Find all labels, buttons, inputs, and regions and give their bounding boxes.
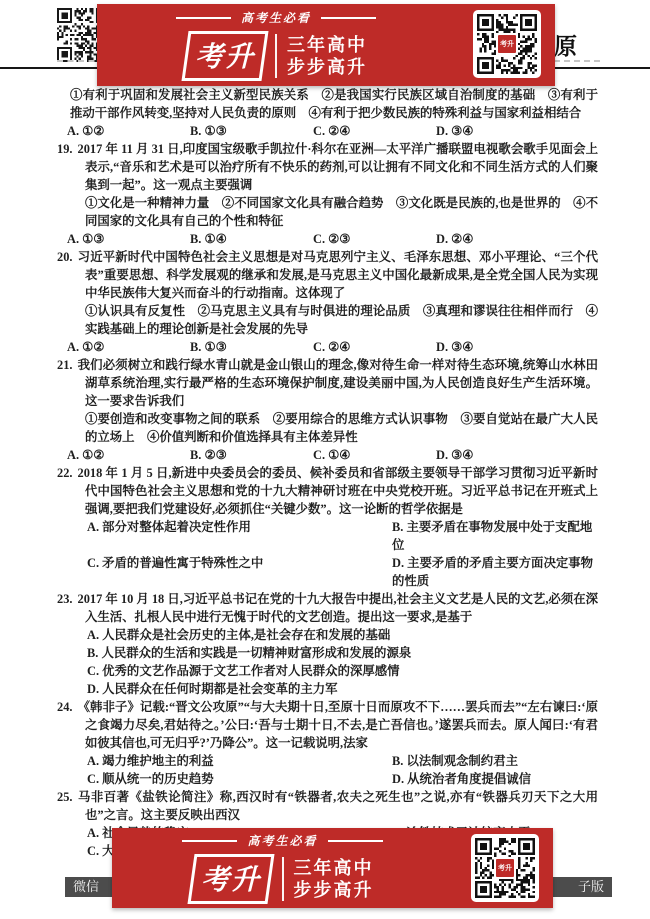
question-18-partial: ①有利于巩固和发展社会主义新型民族关系 ②是我国实行民族区域自治制度的基础 ③有… xyxy=(57,86,598,140)
option-a: A. ①② xyxy=(67,122,190,140)
question-text: 《韩非子》记载:“晋文公攻原”“与大夫期十日,至原十日而原攻不下……罢兵而去”“… xyxy=(78,700,599,750)
question-suboptions: ①文化是一种精神力量 ②不同国家文化具有融合趋势 ③文化既是民族的,也是世界的 … xyxy=(57,194,598,230)
bottom-promo-banner: 高考生必看 考升 三年高中 步步高升 考升 xyxy=(112,828,553,908)
question-options: A. ①② B. ①③ C. ②④ D. ③④ xyxy=(57,122,598,140)
option-d: D. ②④ xyxy=(436,230,473,248)
banner-tagline: 高考生必看 xyxy=(176,9,376,26)
dashed-divider xyxy=(554,60,600,62)
option-b: B. 以法制观念制约君主 xyxy=(392,752,531,770)
option-b: B. ①③ xyxy=(190,338,313,356)
question-stem: 22.2018 年 1 月 5 日,新进中央委员会的委员、候补委员和省部级主要领… xyxy=(57,464,598,518)
question-number: 22. xyxy=(57,466,73,480)
question-20: 20.习近平新时代中国特色社会主义思想是对马克思列宁主义、毛泽东思想、邓小平理论… xyxy=(57,248,598,356)
option-c: C. ①④ xyxy=(313,446,436,464)
option-c: C. 矛盾的普遍性寓于特殊性之中 xyxy=(87,554,392,590)
option-d: D. 主要矛盾的矛盾主要方面决定事物的性质 xyxy=(392,554,598,590)
tagline-text: 高考生必看 xyxy=(241,9,311,26)
option-d: D. ③④ xyxy=(436,446,473,464)
banner-left-cluster: 高考生必看 考升 三年高中 步步高升 xyxy=(97,4,455,86)
option-a: A. ①② xyxy=(67,446,190,464)
option-c: C. ②④ xyxy=(313,122,436,140)
question-options: A. ①② B. ②③ C. ①④ D. ③④ xyxy=(57,446,598,464)
question-text: 我们必须树立和践行绿水青山就是金山银山的理念,像对待生命一样对待生态环境,统筹山… xyxy=(78,358,599,408)
question-number: 23. xyxy=(57,592,73,606)
exam-page-content: ①有利于巩固和发展社会主义新型民族关系 ②是我国实行民族区域自治制度的基础 ③有… xyxy=(57,86,598,860)
qr-center-logo: 考升 xyxy=(496,33,518,55)
option-a: A. ①③ xyxy=(67,230,190,248)
question-text: 马非百著《盐铁论简注》称,西汉时有“铁器者,农夫之死生也”之说,亦有“铁器兵刃天… xyxy=(78,790,599,822)
tagline-rule-left xyxy=(182,840,237,842)
option-a: A. 人民群众是社会历史的主体,是社会存在和发展的基础 xyxy=(87,626,598,644)
question-suboptions: ①要创造和改变事物之间的联系 ②要用综合的思维方式认识事物 ③要自觉站在最广大人… xyxy=(57,410,598,446)
footer-left-text: 微信 xyxy=(73,877,99,897)
page-title-fragment: 原 xyxy=(554,28,614,61)
question-options: A. 竭力维护地主的利益 B. 以法制观念制约君主 C. 顺从统一的历史趋势 D… xyxy=(57,752,598,788)
question-text: 2017 年 10 月 18 日,习近平总书记在党的十九大报告中提出,社会主义文… xyxy=(78,592,599,624)
question-options: A. 部分对整体起着决定性作用 B. 主要矛盾在事物发展中处于支配地位 C. 矛… xyxy=(57,518,598,590)
option-c: C. ②③ xyxy=(313,230,436,248)
top-promo-banner: 高考生必看 考升 三年高中 步步高升 考升 xyxy=(97,4,555,86)
tagline-rule-right xyxy=(328,840,383,842)
question-23: 23.2017 年 10 月 18 日,习近平总书记在党的十九大报告中提出,社会… xyxy=(57,590,598,698)
question-24: 24.《韩非子》记载:“晋文公攻原”“与大夫期十日,至原十日而原攻不下……罢兵而… xyxy=(57,698,598,788)
question-number: 20. xyxy=(57,250,73,264)
question-stem: 23.2017 年 10 月 18 日,习近平总书记在党的十九大报告中提出,社会… xyxy=(57,590,598,626)
banner-qr-code-icon: 考升 xyxy=(471,834,539,902)
question-stem: 24.《韩非子》记载:“晋文公攻原”“与大夫期十日,至原十日而原攻不下……罢兵而… xyxy=(57,698,598,752)
banner-slogan: 三年高中 步步高升 xyxy=(287,34,367,78)
option-b: B. 主要矛盾在事物发展中处于支配地位 xyxy=(392,518,598,554)
question-number: 19. xyxy=(57,142,73,156)
question-stem: 19.2017 年 11 月 31 日,印度国宝级歌手凯拉什·科尔在亚洲—太平洋… xyxy=(57,140,598,194)
banner-tagline: 高考生必看 xyxy=(182,832,382,849)
question-text: 2018 年 1 月 5 日,新进中央委员会的委员、候补委员和省部级主要领导干部… xyxy=(78,466,599,516)
question-21: 21.我们必须树立和践行绿水青山就是金山银山的理念,像对待生命一样对待生态环境,… xyxy=(57,356,598,464)
question-number: 25. xyxy=(57,790,73,804)
question-options: A. 人民群众是社会历史的主体,是社会存在和发展的基础 B. 人民群众的生活和实… xyxy=(57,626,598,698)
option-c: C. 优秀的文艺作品源于文艺工作者对人民群众的深厚感情 xyxy=(87,662,598,680)
question-19: 19.2017 年 11 月 31 日,印度国宝级歌手凯拉什·科尔在亚洲—太平洋… xyxy=(57,140,598,248)
banner-left-cluster: 高考生必看 考升 三年高中 步步高升 xyxy=(112,828,453,908)
banner-qr-code-icon: 考升 xyxy=(473,10,541,78)
footer-right-text: 子版 xyxy=(578,877,604,897)
question-number: 24. xyxy=(57,700,73,714)
option-b: B. ①④ xyxy=(190,230,313,248)
option-a: A. 竭力维护地主的利益 xyxy=(87,752,392,770)
question-22: 22.2018 年 1 月 5 日,新进中央委员会的委员、候补委员和省部级主要领… xyxy=(57,464,598,590)
question-suboptions: ①认识具有反复性 ②马克思主义具有与时俱进的理论品质 ③真理和谬误往往相伴而行 … xyxy=(57,302,598,338)
qr-center-logo: 考升 xyxy=(494,857,516,879)
option-b: B. 人民群众的生活和实践是一切精神财富形成和发展的源泉 xyxy=(87,644,598,662)
option-b: B. ②③ xyxy=(190,446,313,464)
option-c: C. ②④ xyxy=(313,338,436,356)
question-text: 2017 年 11 月 31 日,印度国宝级歌手凯拉什·科尔在亚洲—太平洋广播联… xyxy=(78,142,599,192)
option-d: D. ③④ xyxy=(436,122,473,140)
question-options: A. ①③ B. ①④ C. ②③ D. ②④ xyxy=(57,230,598,248)
option-d: D. 从统治者角度提倡诚信 xyxy=(392,770,531,788)
option-c: C. 顺从统一的历史趋势 xyxy=(87,770,392,788)
tagline-rule-left xyxy=(176,17,231,19)
option-b: B. ①③ xyxy=(190,122,313,140)
option-d: D. 人民群众在任何时期都是社会变革的主力军 xyxy=(87,680,598,698)
question-number: 21. xyxy=(57,358,73,372)
question-stem: 25.马非百著《盐铁论简注》称,西汉时有“铁器者,农夫之死生也”之说,亦有“铁器… xyxy=(57,788,598,824)
kaosheng-logo: 考升 xyxy=(181,31,268,81)
question-text: 习近平新时代中国特色社会主义思想是对马克思列宁主义、毛泽东思想、邓小平理论、“三… xyxy=(78,250,599,300)
option-a: A. ①② xyxy=(67,338,190,356)
logo-divider xyxy=(275,34,277,78)
question-options: A. ①② B. ①③ C. ②④ D. ③④ xyxy=(57,338,598,356)
banner-brand-row: 考升 三年高中 步步高升 xyxy=(191,854,373,904)
banner-slogan: 三年高中 步步高升 xyxy=(294,857,374,901)
tagline-rule-right xyxy=(321,17,376,19)
option-d: D. ③④ xyxy=(436,338,473,356)
question-suboptions: ①有利于巩固和发展社会主义新型民族关系 ②是我国实行民族区域自治制度的基础 ③有… xyxy=(57,86,598,122)
tagline-text: 高考生必看 xyxy=(247,832,317,849)
logo-divider xyxy=(282,857,284,901)
question-stem: 21.我们必须树立和践行绿水青山就是金山银山的理念,像对待生命一样对待生态环境,… xyxy=(57,356,598,410)
option-a: A. 部分对整体起着决定性作用 xyxy=(87,518,392,554)
question-stem: 20.习近平新时代中国特色社会主义思想是对马克思列宁主义、毛泽东思想、邓小平理论… xyxy=(57,248,598,302)
kaosheng-logo: 考升 xyxy=(188,854,275,904)
banner-brand-row: 考升 三年高中 步步高升 xyxy=(185,31,367,81)
